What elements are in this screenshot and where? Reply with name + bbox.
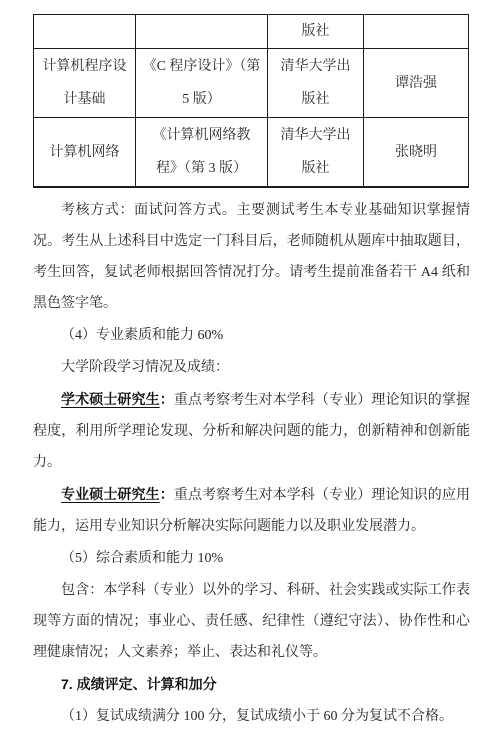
body-text: 考核方式：面试问答方式。主要测试考生本专业基础知识掌握情况。考生从上述科目中选定… (33, 187, 470, 733)
paragraph-score-rule: （1）复试成绩满分 100 分，复试成绩小于 60 分为复试不合格。 (33, 701, 470, 732)
professional-master-label: 专业硕士研究生 (61, 486, 160, 502)
paragraph-include: 包含：本学科（专业）以外的学习、科研、社会实践或实际工作表现等方面的情况；事业心… (33, 575, 470, 668)
cell-author: 张晓明 (364, 118, 469, 188)
paragraph-academic-master: 学术硕士研究生：重点考察考生对本学科（专业）理论知识的掌握程度，利用所学理论发现… (33, 384, 470, 478)
cell-publisher: 版社 (268, 15, 364, 49)
document-page: 版社 计算机程序设 计基础 《C 程序设计》（第 5 版） 清华大学出 版社 谭… (0, 0, 504, 749)
table-row: 计算机网络 《计算机网络教 程》（第 3 版） 清华大学出 版社 张晓明 (34, 118, 469, 188)
academic-master-label: 学术硕士研究生 (61, 391, 160, 407)
cell-course (34, 15, 136, 49)
cell-textbook: 《C 程序设计》（第 5 版） (136, 49, 268, 118)
table-row: 版社 (34, 15, 469, 49)
textbook-table: 版社 计算机程序设 计基础 《C 程序设计》（第 5 版） 清华大学出 版社 谭… (33, 14, 469, 188)
cell-textbook (136, 15, 268, 49)
paragraph-assessment-method: 考核方式：面试问答方式。主要测试考生本专业基础知识掌握情况。考生从上述科目中选定… (33, 195, 470, 319)
cell-textbook: 《计算机网络教 程》（第 3 版） (136, 118, 268, 188)
paragraph-professional-master: 专业硕士研究生：重点考察考生对本学科（专业）理论知识的应用能力，运用专业知识分析… (33, 479, 470, 542)
academic-master-colon: ： (160, 391, 174, 407)
paragraph-item5: （5）综合素质和能力 10% (33, 543, 470, 574)
cell-publisher: 清华大学出 版社 (268, 118, 364, 188)
cell-author: 谭浩强 (364, 49, 469, 118)
paragraph-university-record: 大学阶段学习情况及成绩： (33, 352, 470, 383)
professional-master-colon: ： (160, 486, 174, 502)
cell-course: 计算机网络 (34, 118, 136, 188)
section7-heading: 7. 成绩评定、计算和加分 (33, 669, 470, 700)
cell-course: 计算机程序设 计基础 (34, 49, 136, 118)
table-row: 计算机程序设 计基础 《C 程序设计》（第 5 版） 清华大学出 版社 谭浩强 (34, 49, 469, 118)
cell-publisher: 清华大学出 版社 (268, 49, 364, 118)
paragraph-item4: （4）专业素质和能力 60% (33, 320, 470, 351)
cell-author (364, 15, 469, 49)
